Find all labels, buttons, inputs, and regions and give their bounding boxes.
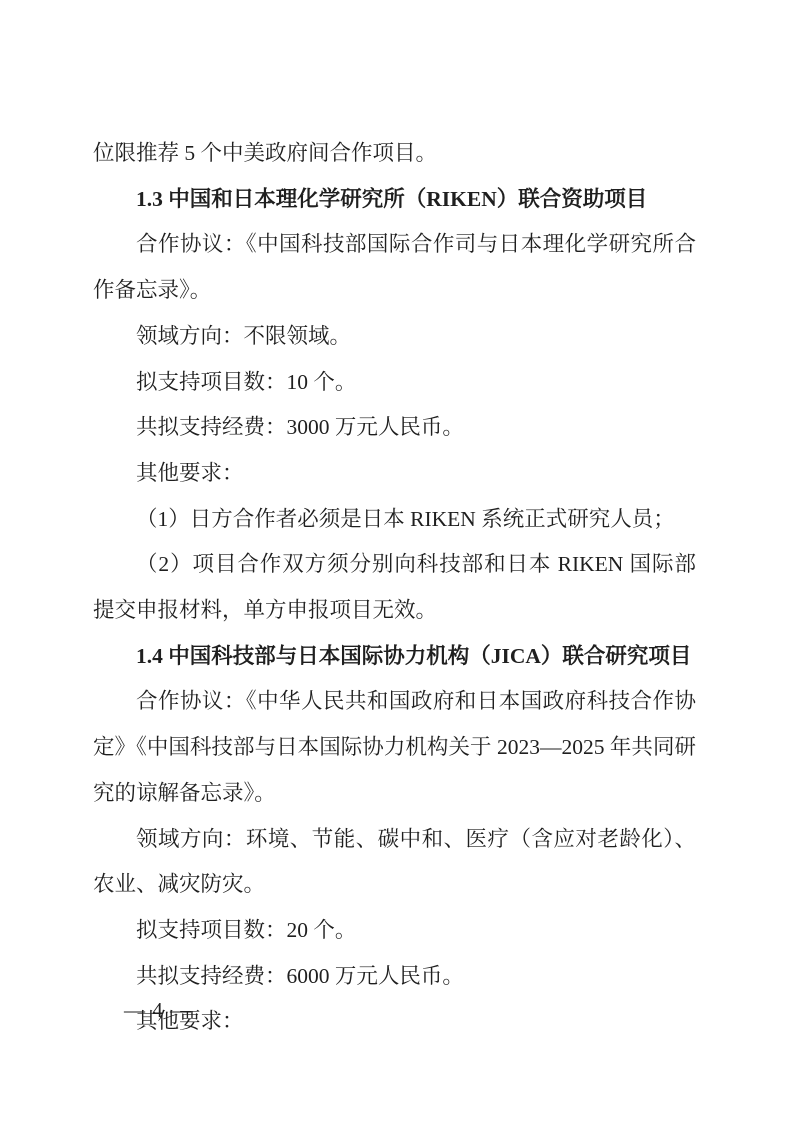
requirement-item-1: （1）日方合作者必须是日本 RIKEN 系统正式研究人员； xyxy=(93,497,696,543)
document-body: 位限推荐 5 个中美政府间合作项目。 1.3 中国和日本理化学研究所（RIKEN… xyxy=(93,131,696,1045)
field-direction-paragraph-jica: 领域方向：环境、节能、碳中和、医疗（含应对老龄化）、农业、减灾防灾。 xyxy=(93,817,696,908)
section-heading-1-4: 1.4 中国科技部与日本国际协力机构（JICA）联合研究项目 xyxy=(93,634,696,680)
requirement-item-2: （2）项目合作双方须分别向科技部和日本 RIKEN 国际部提交申报材料，单方申报… xyxy=(93,542,696,633)
funding-paragraph-jica: 共拟支持经费：6000 万元人民币。 xyxy=(93,954,696,1000)
document-page: 位限推荐 5 个中美政府间合作项目。 1.3 中国和日本理化学研究所（RIKEN… xyxy=(0,0,794,1123)
cooperation-agreement-paragraph-jica: 合作协议：《中华人民共和国政府和日本国政府科技合作协定》《中国科技部与日本国际协… xyxy=(93,679,696,816)
body-paragraph-continuation: 位限推荐 5 个中美政府间合作项目。 xyxy=(93,131,696,177)
page-number: — 4 — xyxy=(124,998,192,1023)
funding-paragraph-riken: 共拟支持经费：3000 万元人民币。 xyxy=(93,405,696,451)
section-heading-1-3: 1.3 中国和日本理化学研究所（RIKEN）联合资助项目 xyxy=(93,177,696,223)
project-count-paragraph-riken: 拟支持项目数：10 个。 xyxy=(93,360,696,406)
cooperation-agreement-paragraph-riken: 合作协议：《中国科技部国际合作司与日本理化学研究所合作备忘录》。 xyxy=(93,222,696,313)
field-direction-paragraph-riken: 领域方向：不限领域。 xyxy=(93,314,696,360)
other-requirements-label-riken: 其他要求： xyxy=(93,451,696,497)
project-count-paragraph-jica: 拟支持项目数：20 个。 xyxy=(93,908,696,954)
